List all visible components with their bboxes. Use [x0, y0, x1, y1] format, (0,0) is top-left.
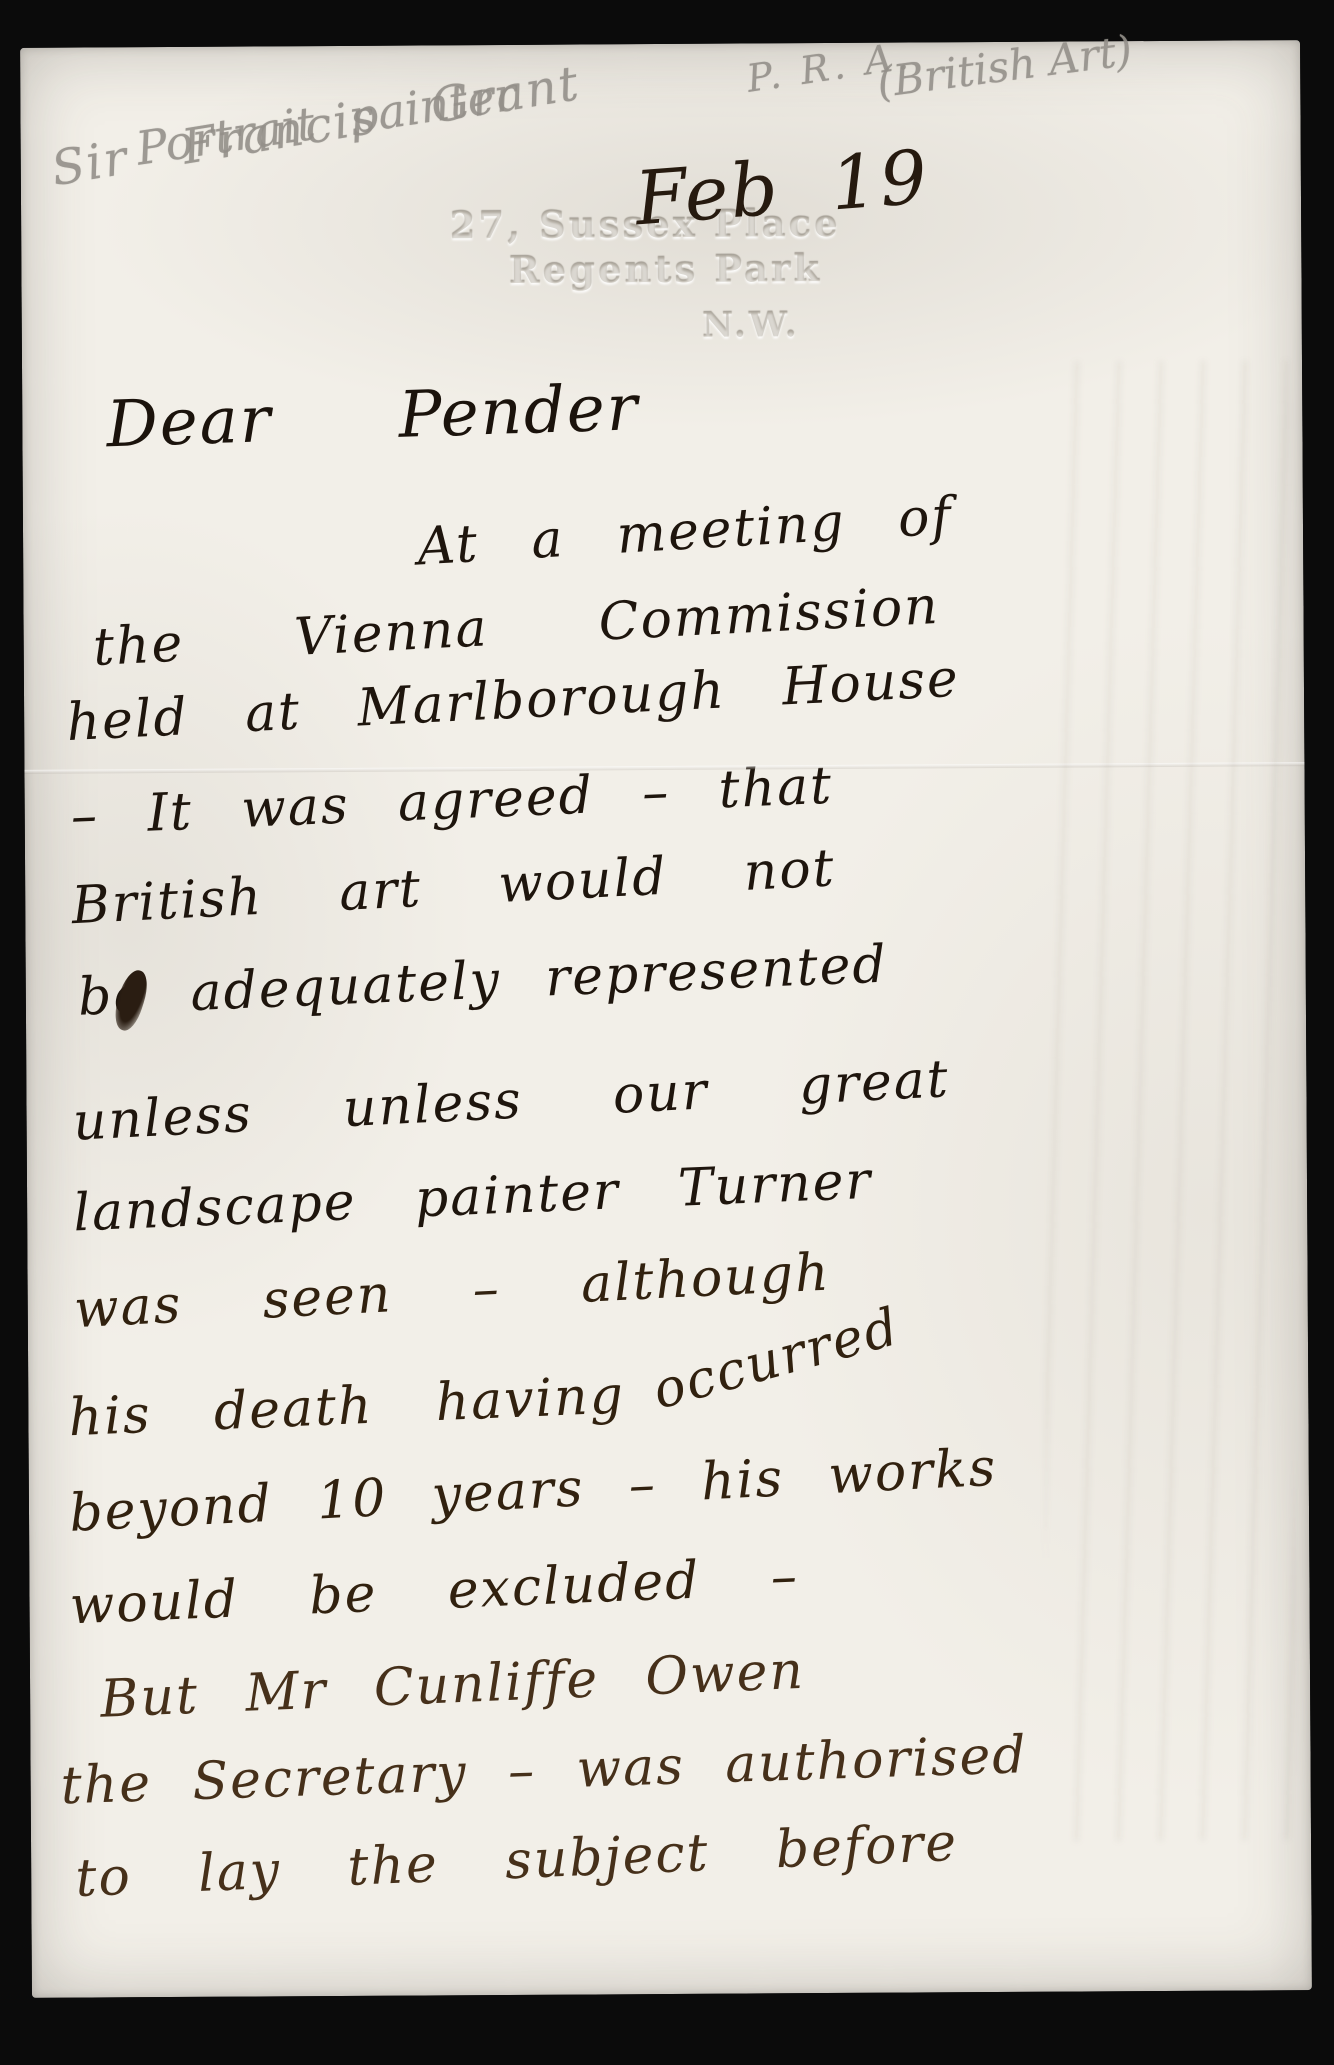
letter-line: beyond 10 years – his works	[68, 1438, 999, 1544]
letter-date: Feb 19	[632, 134, 932, 242]
letter-salutation: Dear Pender	[105, 371, 640, 462]
letter-line: But Mr Cunliffe Owen	[99, 1641, 806, 1730]
letter-line: be adequately represented	[77, 935, 889, 1028]
letter-line: to lay the subject before	[74, 1813, 959, 1909]
letter-line: landscape painter Turner	[72, 1151, 873, 1244]
letter-line: his death havingoccurred	[67, 1354, 904, 1448]
pencil-annotation-descriptor: Portrait painter	[133, 67, 520, 176]
letterhead-address-line3: N.W.	[686, 305, 816, 346]
letter-line: was seen – although	[73, 1243, 832, 1341]
pencil-annotation-note: (British Art)	[874, 26, 1135, 107]
letter-paper: Sir Francis Grant P. R. A. Portrait pain…	[20, 40, 1312, 1998]
ink-showthrough	[1038, 360, 1297, 1841]
letter-line: At a meeting of	[416, 486, 954, 577]
letter-line: the Secretary – was authorised	[60, 1725, 1029, 1816]
letter-line: unless unless our great	[72, 1049, 951, 1153]
letter-line: British art would not	[70, 838, 837, 936]
letter-line: would be excluded –	[69, 1546, 800, 1636]
letter-scan: { "scan": { "colors": { "background": "#…	[0, 0, 1334, 2065]
raised-word: occurred	[646, 1297, 906, 1422]
letterhead-address-line2: Regents Park	[475, 246, 855, 292]
letter-line-text: his death having	[67, 1365, 626, 1448]
